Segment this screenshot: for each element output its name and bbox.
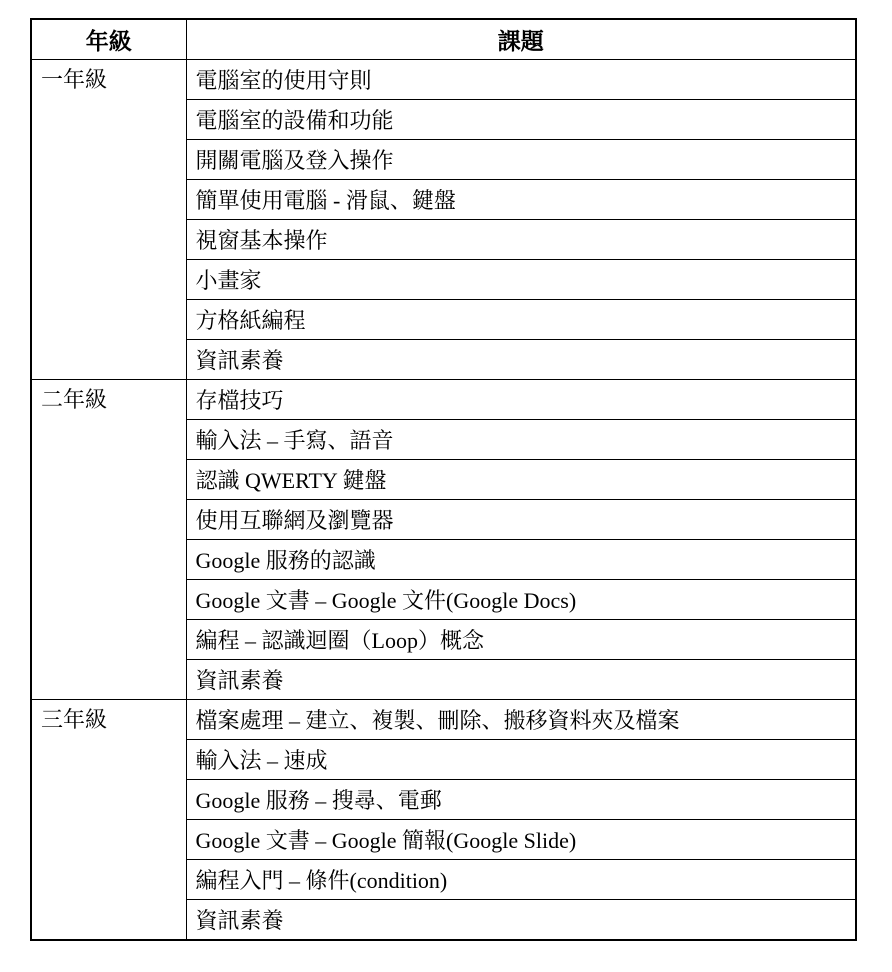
- topic-cell: 認識 QWERTY 鍵盤: [186, 460, 856, 500]
- topic-cell: 編程 – 認識迴圈（Loop）概念: [186, 620, 856, 660]
- topic-cell: 資訊素養: [186, 660, 856, 700]
- topic-cell: 使用互聯網及瀏覽器: [186, 500, 856, 540]
- topic-cell: 資訊素養: [186, 340, 856, 380]
- topic-cell: 開關電腦及登入操作: [186, 140, 856, 180]
- topic-cell: 存檔技巧: [186, 380, 856, 420]
- topic-cell: 編程入門 – 條件(condition): [186, 860, 856, 900]
- curriculum-table: 年級 課題 一年級 電腦室的使用守則 電腦室的設備和功能 開關電腦及登入操作 簡…: [30, 18, 857, 941]
- topic-cell: 電腦室的使用守則: [186, 60, 856, 100]
- table-row: 三年級 檔案處理 – 建立、複製、刪除、搬移資料夾及檔案: [31, 700, 856, 740]
- topic-cell: Google 服務的認識: [186, 540, 856, 580]
- topic-column-header: 課題: [186, 19, 856, 60]
- topic-cell: Google 服務 – 搜尋、電郵: [186, 780, 856, 820]
- topic-cell: 小畫家: [186, 260, 856, 300]
- grade-cell-grade1: 一年級: [31, 60, 186, 380]
- topic-cell: 簡單使用電腦 - 滑鼠、鍵盤: [186, 180, 856, 220]
- topic-cell: 檔案處理 – 建立、複製、刪除、搬移資料夾及檔案: [186, 700, 856, 740]
- topic-cell: 輸入法 – 手寫、語音: [186, 420, 856, 460]
- topic-cell: 輸入法 – 速成: [186, 740, 856, 780]
- topic-cell: 電腦室的設備和功能: [186, 100, 856, 140]
- header-row: 年級 課題: [31, 19, 856, 60]
- grade-cell-grade2: 二年級: [31, 380, 186, 700]
- table-row: 二年級 存檔技巧: [31, 380, 856, 420]
- topic-cell: Google 文書 – Google 簡報(Google Slide): [186, 820, 856, 860]
- table-row: 一年級 電腦室的使用守則: [31, 60, 856, 100]
- topic-cell: 方格紙編程: [186, 300, 856, 340]
- topic-cell: Google 文書 – Google 文件(Google Docs): [186, 580, 856, 620]
- grade-column-header: 年級: [31, 19, 186, 60]
- grade-cell-grade3: 三年級: [31, 700, 186, 941]
- topic-cell: 資訊素養: [186, 900, 856, 941]
- topic-cell: 視窗基本操作: [186, 220, 856, 260]
